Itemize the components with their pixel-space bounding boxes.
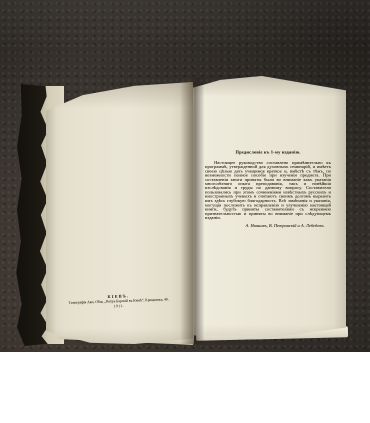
preface-body: Настоящее руководство составлено примѣни… bbox=[205, 161, 331, 220]
left-page: КІЕВЪ. Типографія Акц. Общ. „Петръ Барск… bbox=[46, 82, 193, 344]
right-page: Предисловіе къ 1-му изданію. Настоящее р… bbox=[193, 76, 346, 338]
preface-text-block: Предисловіе къ 1-му изданію. Настоящее р… bbox=[205, 150, 331, 324]
preface-signature: А. Ивановъ, В. Петровскій и А. Лебедевъ. bbox=[205, 223, 331, 228]
printer-imprint: КІЕВЪ. Типографія Акц. Общ. „Петръ Барск… bbox=[54, 292, 183, 327]
book-photo: КІЕВЪ. Типографія Акц. Общ. „Петръ Барск… bbox=[0, 0, 370, 352]
preface-heading: Предисловіе къ 1-му изданію. bbox=[205, 150, 331, 155]
